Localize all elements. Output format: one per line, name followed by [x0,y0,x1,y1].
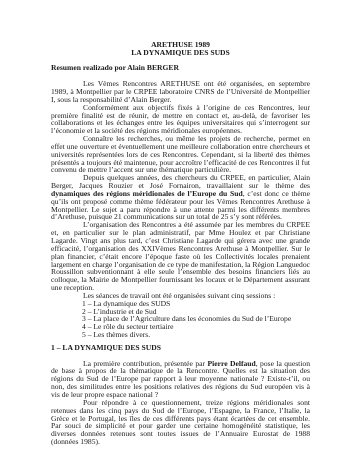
session-item: 5 – Les thèmes divers. [82,331,310,339]
paragraph-research: Connaître les recherches, ou même les pr… [51,135,310,174]
section1-paragraph1: La première contribution, présentée par … [51,360,310,399]
document-page: ARETHUSE 1989 LA DYNAMIQUE DES SUDS Resu… [51,41,310,446]
paragraph-intro: Les Vèmes Rencontres ARETHUSE ont été or… [51,80,310,104]
paragraph-organisation: L’organisation des Rencontres a été assu… [51,221,310,292]
document-title-line2: LA DYNAMIQUE DES SUDS [51,49,310,57]
section1-paragraph2: Pour répondre à ce questionnement, treiz… [51,399,310,446]
paragraph-theme: Depuis quelques années, des chercheurs d… [51,174,310,221]
sessions-list: 1 – La dynamique des SUDS 2 – L’industri… [51,300,310,339]
section-heading: 1 – LA DYNAMIQUE DES SUDS [51,344,310,352]
paragraph-objectives: Conformément aux objectifs fixés à l’ori… [51,104,310,135]
byline: Resumen realizado por Alain BERGER [51,64,310,72]
